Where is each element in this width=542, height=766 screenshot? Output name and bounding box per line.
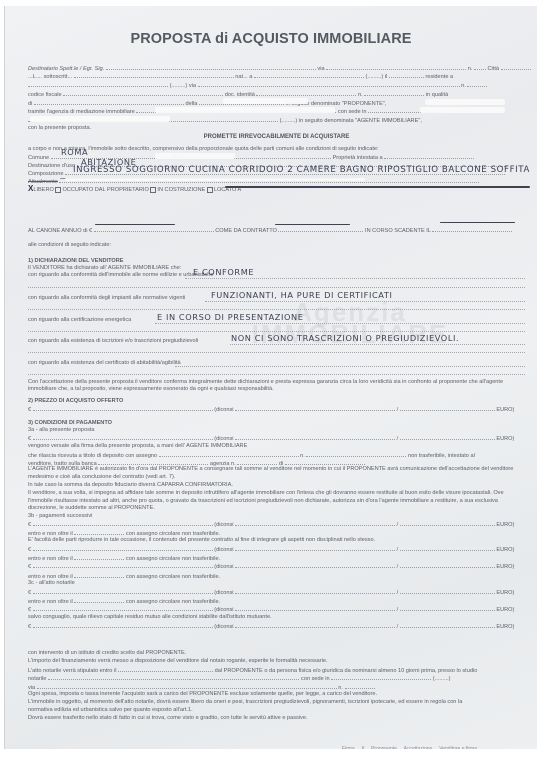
rent-line: AL CANONE ANNUO di € COME DA CONTRATTO I… <box>28 226 525 235</box>
euro-label: EURO) <box>496 564 514 570</box>
euro-symbol: € <box>28 522 31 528</box>
euro-symbol: € <box>28 590 31 596</box>
cents-field[interactable] <box>400 605 495 611</box>
notary-field[interactable] <box>48 674 188 680</box>
istituto-text: con intervento di un istituto di credito… <box>28 650 525 657</box>
authorization-text: L'AGENTE IMMOBILIARE è autorizzato fin d… <box>28 466 525 481</box>
declaration-value: NON CI SONO TRASCRIZIONI O PREGIUDIZIEVO… <box>231 333 459 343</box>
euro-symbol: € <box>28 564 31 570</box>
notary-line: notarile con sede in (.........) <box>28 674 525 683</box>
diconsi-label: (diconsi <box>214 607 233 613</box>
euro-symbol: € <box>28 607 31 613</box>
residence-label: residente a <box>425 74 453 80</box>
checkbox-costruzione[interactable] <box>150 187 156 193</box>
diconsi-label: (diconsi <box>214 590 233 596</box>
contract-field[interactable] <box>278 226 363 232</box>
redaction <box>223 98 308 104</box>
words-field[interactable] <box>235 605 395 611</box>
slash-separator: / <box>397 522 399 528</box>
due-date-field[interactable] <box>74 554 124 560</box>
slash-separator: / <box>397 624 399 630</box>
price-amount-field[interactable] <box>33 405 213 411</box>
cents-field[interactable] <box>400 434 495 440</box>
euro-label: EURO) <box>496 407 514 413</box>
document-page: PROPOSTA di ACQUISTO IMMOBILIARE Agenzia… <box>4 6 537 749</box>
slash-separator: / <box>397 607 399 613</box>
words-field[interactable] <box>235 562 395 568</box>
redaction <box>30 116 170 122</box>
cross-out-line <box>440 222 515 223</box>
street-number-label: n. <box>461 83 466 89</box>
deed-date-field[interactable] <box>118 666 213 672</box>
payment-line: € (diconsi / EURO) <box>28 588 525 597</box>
payment-line: € (diconsi / EURO) <box>28 545 525 554</box>
notary-field-2[interactable] <box>189 674 299 680</box>
street-number-field[interactable] <box>467 81 487 87</box>
price-words-field[interactable] <box>235 405 395 411</box>
notary-province: (.........) <box>433 676 451 682</box>
payment-line: € (diconsi / EURO) <box>28 562 525 571</box>
declaration-field[interactable] <box>230 344 525 345</box>
transfer-text: Dovrà essere trasferito nello stato di f… <box>28 715 525 722</box>
capacity-field[interactable] <box>34 99 184 105</box>
caparra-text: In tale caso la somma da deposito fiduci… <box>28 482 525 489</box>
redaction <box>420 107 505 113</box>
birthdate-field[interactable] <box>389 72 424 78</box>
diconsi-label: (diconsi <box>214 436 233 442</box>
owner-field[interactable] <box>384 153 474 159</box>
seller-commitment-text: Il venditore, a sua volta, si impegna ad… <box>28 490 525 513</box>
tax-code-field[interactable] <box>63 90 223 96</box>
gender-prefix: ...L.... <box>28 74 42 80</box>
option-locato: LOCATO A <box>214 187 241 193</box>
signatory-field[interactable] <box>74 72 234 78</box>
diconsi-label: (diconsi <box>214 522 233 528</box>
words-field[interactable] <box>235 545 395 551</box>
via-field[interactable] <box>326 64 466 70</box>
declaration-value: E CONFORME <box>193 267 254 277</box>
property-intro: a corpo e non a misura, l'immobile sotto… <box>28 146 525 153</box>
slash-separator: / <box>397 407 399 413</box>
document-title: PROPOSTA di ACQUISTO IMMOBILIARE <box>5 31 537 47</box>
financing-text: L'importo del finanziamento verrà messo … <box>28 658 525 665</box>
redaction <box>155 107 335 113</box>
declaration-field[interactable] <box>28 352 525 353</box>
slash-separator: / <box>397 590 399 596</box>
cents-field[interactable] <box>400 562 495 568</box>
section1-intro: Il VENDITORE ha dichiarato all' AGENTE I… <box>28 265 525 272</box>
redaction <box>65 178 365 181</box>
cents-field[interactable] <box>400 622 495 628</box>
expiry-field[interactable] <box>432 226 512 232</box>
id-doc-field[interactable] <box>256 90 356 96</box>
price-cents-field[interactable] <box>400 405 495 411</box>
cents-field[interactable] <box>400 545 495 551</box>
deposit-text: vengono versate alla firma della present… <box>28 443 525 450</box>
capacity-label: in qualità <box>426 92 448 98</box>
section2-heading: 2) PREZZO DI ACQUISTO OFFERTO <box>28 398 525 405</box>
section3c-label: 3c - all'atto notarile <box>28 580 525 587</box>
cross-out-line <box>95 224 175 225</box>
expiry-label: IN CORSO SCADENTE IL <box>365 228 431 234</box>
amount-field[interactable] <box>33 605 213 611</box>
euro-label: EURO) <box>496 547 514 553</box>
notary-number-field[interactable] <box>345 683 375 689</box>
promise-heading: PROMETTE IRREVOCABILMENTE DI ACQUISTARE <box>28 134 525 141</box>
agency-label: tramite l'agenzia di mediazione immobili… <box>28 109 135 115</box>
diconsi-label: (diconsi <box>214 547 233 553</box>
compliance-text: normativa edilizia ed urbanistica salvo … <box>28 707 525 714</box>
slash-separator: / <box>397 436 399 442</box>
euro-label: EURO) <box>496 590 514 596</box>
option-libero: LIBERO <box>33 187 54 193</box>
signatory-label: sottoscritt... <box>44 74 73 80</box>
id-number-label: n. <box>358 92 363 98</box>
notary-seat-label: con sede in <box>301 676 330 682</box>
conguaglio-text: salvo conguaglio, quale rilievo capitale… <box>28 614 525 621</box>
diconsi-label: (diconsi <box>214 407 233 413</box>
section1-closing: Con l'accettazione della presente propos… <box>28 379 525 393</box>
notary-via-field[interactable] <box>37 683 337 689</box>
composition-value: INGRESSO SOGGIORNO CUCINA CORRIDOIO 2 CA… <box>73 165 530 175</box>
check-field[interactable] <box>159 451 299 457</box>
declaration-field[interactable] <box>28 309 525 310</box>
due-date-field[interactable] <box>74 597 124 603</box>
bank-field[interactable] <box>98 459 208 465</box>
number-field[interactable] <box>474 64 486 70</box>
due-date-field[interactable] <box>74 572 124 578</box>
amount-field[interactable] <box>33 588 213 594</box>
province-via-label: (.........) via <box>170 83 196 89</box>
section3b-label: 3b - pagamenti successivi <box>28 513 525 520</box>
declaration-value: E IN CORSO DI PRESENTAZIONE <box>157 312 304 322</box>
contract-label: COME DA CONTRATTO <box>215 228 277 234</box>
diconsi-label: (diconsi <box>214 624 233 630</box>
facolta-text: E' facoltà delle parti riprodurre in tal… <box>28 537 525 544</box>
checkbox-occupato[interactable] <box>55 187 61 193</box>
expenses-text: Ogni spesa, imposta o tassa inerente l'a… <box>28 691 525 698</box>
notary-seat-field[interactable] <box>331 674 431 680</box>
words-field[interactable] <box>235 622 395 628</box>
checkbox-locato[interactable] <box>207 187 213 193</box>
proposal-intro: con la presente proposta. <box>28 125 525 132</box>
declaration-field[interactable] <box>205 301 525 302</box>
euro-label: EURO) <box>496 436 514 442</box>
section3a-label: 3a - alla presente proposta <box>28 427 525 434</box>
words-field[interactable] <box>235 588 395 594</box>
slash-separator: / <box>397 547 399 553</box>
rent-field[interactable] <box>94 226 214 232</box>
declaration-field[interactable] <box>155 323 525 324</box>
cross-out-line <box>275 224 350 225</box>
redaction <box>425 99 505 105</box>
tax-code-label: codice fiscale <box>28 92 62 98</box>
declaration-field[interactable] <box>28 331 525 332</box>
street-field[interactable] <box>198 81 460 87</box>
signatory-line: ...L.... sottoscritt... nat... a (......… <box>28 72 525 81</box>
euro-symbol: € <box>28 407 31 413</box>
declaration-field[interactable] <box>28 287 525 288</box>
declaration-field[interactable] <box>185 278 525 279</box>
amount-field[interactable] <box>33 622 213 628</box>
free-of-charges-text: L'immobile in oggetto, al momento dell'a… <box>28 699 525 706</box>
option-costruzione: IN COSTRUZIONE <box>157 187 205 193</box>
slash-separator: / <box>397 564 399 570</box>
price-line: € (diconsi / EURO) <box>28 405 525 414</box>
footer-signature-text: Firma ... Il ... Proponente ... Accettaz… <box>342 746 477 749</box>
declaration-field[interactable] <box>175 366 525 367</box>
rent-label: AL CANONE ANNUO di € <box>28 228 92 234</box>
birthplace-label: nat... a <box>235 74 252 80</box>
agent-designation: (.........) in seguito denominata "AGENT… <box>280 118 422 124</box>
city-field[interactable] <box>501 64 531 70</box>
euro-symbol: € <box>28 547 31 553</box>
amount-field[interactable] <box>33 434 213 440</box>
euro-symbol: € <box>28 624 31 630</box>
diconsi-label: (diconsi <box>214 564 233 570</box>
euro-label: EURO) <box>496 522 514 528</box>
euro-label: EURO) <box>496 624 514 630</box>
redaction <box>155 153 235 159</box>
amount-field[interactable] <box>33 520 213 526</box>
residence-field[interactable] <box>28 81 168 87</box>
conditions-intro: alle condizioni di seguito indicate: <box>28 242 525 249</box>
cents-field[interactable] <box>400 520 495 526</box>
payment-line: € (diconsi / EURO) <box>28 520 525 529</box>
declaration-value: FUNZIONANTI, HA PURE DI CERTIFICATI <box>211 290 392 300</box>
birthdate-label: (.........) il <box>366 74 388 80</box>
birthplace-field[interactable] <box>254 72 364 78</box>
due-date-field[interactable] <box>74 529 124 535</box>
branch-field[interactable] <box>237 459 277 465</box>
branch-city-field[interactable] <box>285 459 365 465</box>
check-number-field[interactable] <box>306 451 406 457</box>
amount-field[interactable] <box>33 545 213 551</box>
payment-line: € (diconsi / EURO) <box>28 622 525 631</box>
address-line: (.........) via n. <box>28 81 525 90</box>
notary-label: notarile <box>28 676 46 682</box>
amount-field[interactable] <box>33 562 213 568</box>
deposit-amount-line: € (diconsi / EURO) <box>28 434 525 443</box>
comune-value: ROMA <box>61 147 88 157</box>
cents-field[interactable] <box>400 588 495 594</box>
euro-symbol: € <box>28 436 31 442</box>
recipient-field[interactable] <box>106 64 316 70</box>
option-occupato: OCCUPATO DAL PROPRIETARIO <box>62 187 148 193</box>
id-number-field[interactable] <box>364 90 424 96</box>
cross-out-line <box>225 186 530 188</box>
agency-seat-label: con sede in <box>338 109 367 115</box>
section3-heading: 3) CONDIZIONI DI PAGAMENTO <box>28 420 525 427</box>
words-field[interactable] <box>235 434 395 440</box>
euro-label: EURO) <box>496 607 514 613</box>
words-field[interactable] <box>235 520 395 526</box>
section1-heading: 1) DICHIARAZIONI DEL VENDITORE <box>28 258 525 265</box>
declaration-field[interactable] <box>28 374 525 375</box>
payment-line: € (diconsi / EURO) <box>28 605 525 614</box>
